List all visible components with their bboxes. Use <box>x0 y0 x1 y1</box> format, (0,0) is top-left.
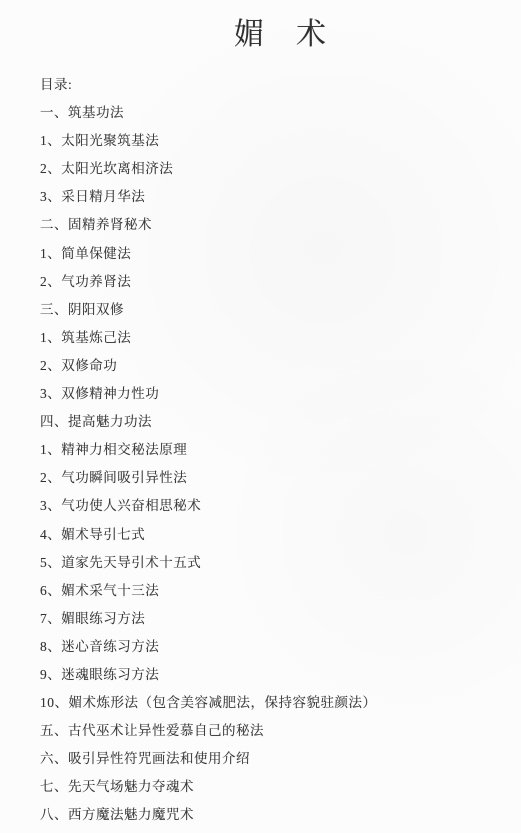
toc-item: 9、迷魂眼练习方法 <box>40 661 521 689</box>
toc-item: 四、提高魅力功法 <box>40 408 521 436</box>
toc-item: 1、太阳光聚筑基法 <box>40 127 521 155</box>
toc-item: 2、双修命功 <box>40 352 521 380</box>
toc-item: 2、气功养肾法 <box>40 268 521 296</box>
document-title: 媚 术 <box>0 0 521 56</box>
scanned-document-page: 媚 术 目录: 一、筑基功法1、太阳光聚筑基法2、太阳光坎离相济法3、采日精月华… <box>0 0 521 833</box>
toc-item: 6、媚术采气十三法 <box>40 577 521 605</box>
toc-item: 10、媚术炼形法（包含美容减肥法，保持容貌驻颜法） <box>40 689 521 717</box>
toc-item: 2、太阳光坎离相济法 <box>40 155 521 183</box>
toc-item: 五、古代巫术让异性爱慕自己的秘法 <box>40 717 521 745</box>
toc-item: 1、精神力相交秘法原理 <box>40 436 521 464</box>
toc-item: 3、双修精神力性功 <box>40 380 521 408</box>
toc-item: 二、固精养肾秘术 <box>40 211 521 239</box>
toc-item: 5、道家先天导引术十五式 <box>40 549 521 577</box>
toc-item: 2、气功瞬间吸引异性法 <box>40 464 521 492</box>
toc-item: 一、筑基功法 <box>40 99 521 127</box>
toc-list: 一、筑基功法1、太阳光聚筑基法2、太阳光坎离相济法3、采日精月华法二、固精养肾秘… <box>40 99 521 829</box>
toc-item: 3、采日精月华法 <box>40 183 521 211</box>
toc-item: 1、简单保健法 <box>40 240 521 268</box>
toc-item: 六、吸引异性符咒画法和使用介绍 <box>40 745 521 773</box>
toc-item: 八、西方魔法魅力魔咒术 <box>40 801 521 829</box>
toc-item: 3、气功使人兴奋相思秘术 <box>40 492 521 520</box>
table-of-contents: 目录: 一、筑基功法1、太阳光聚筑基法2、太阳光坎离相济法3、采日精月华法二、固… <box>0 71 521 830</box>
toc-item: 7、媚眼练习方法 <box>40 605 521 633</box>
toc-item: 8、迷心音练习方法 <box>40 633 521 661</box>
toc-item: 1、筑基炼己法 <box>40 324 521 352</box>
toc-label: 目录: <box>40 71 521 99</box>
toc-item: 三、阴阳双修 <box>40 296 521 324</box>
toc-item: 4、媚术导引七式 <box>40 521 521 549</box>
toc-item: 七、先天气场魅力夺魂术 <box>40 773 521 801</box>
